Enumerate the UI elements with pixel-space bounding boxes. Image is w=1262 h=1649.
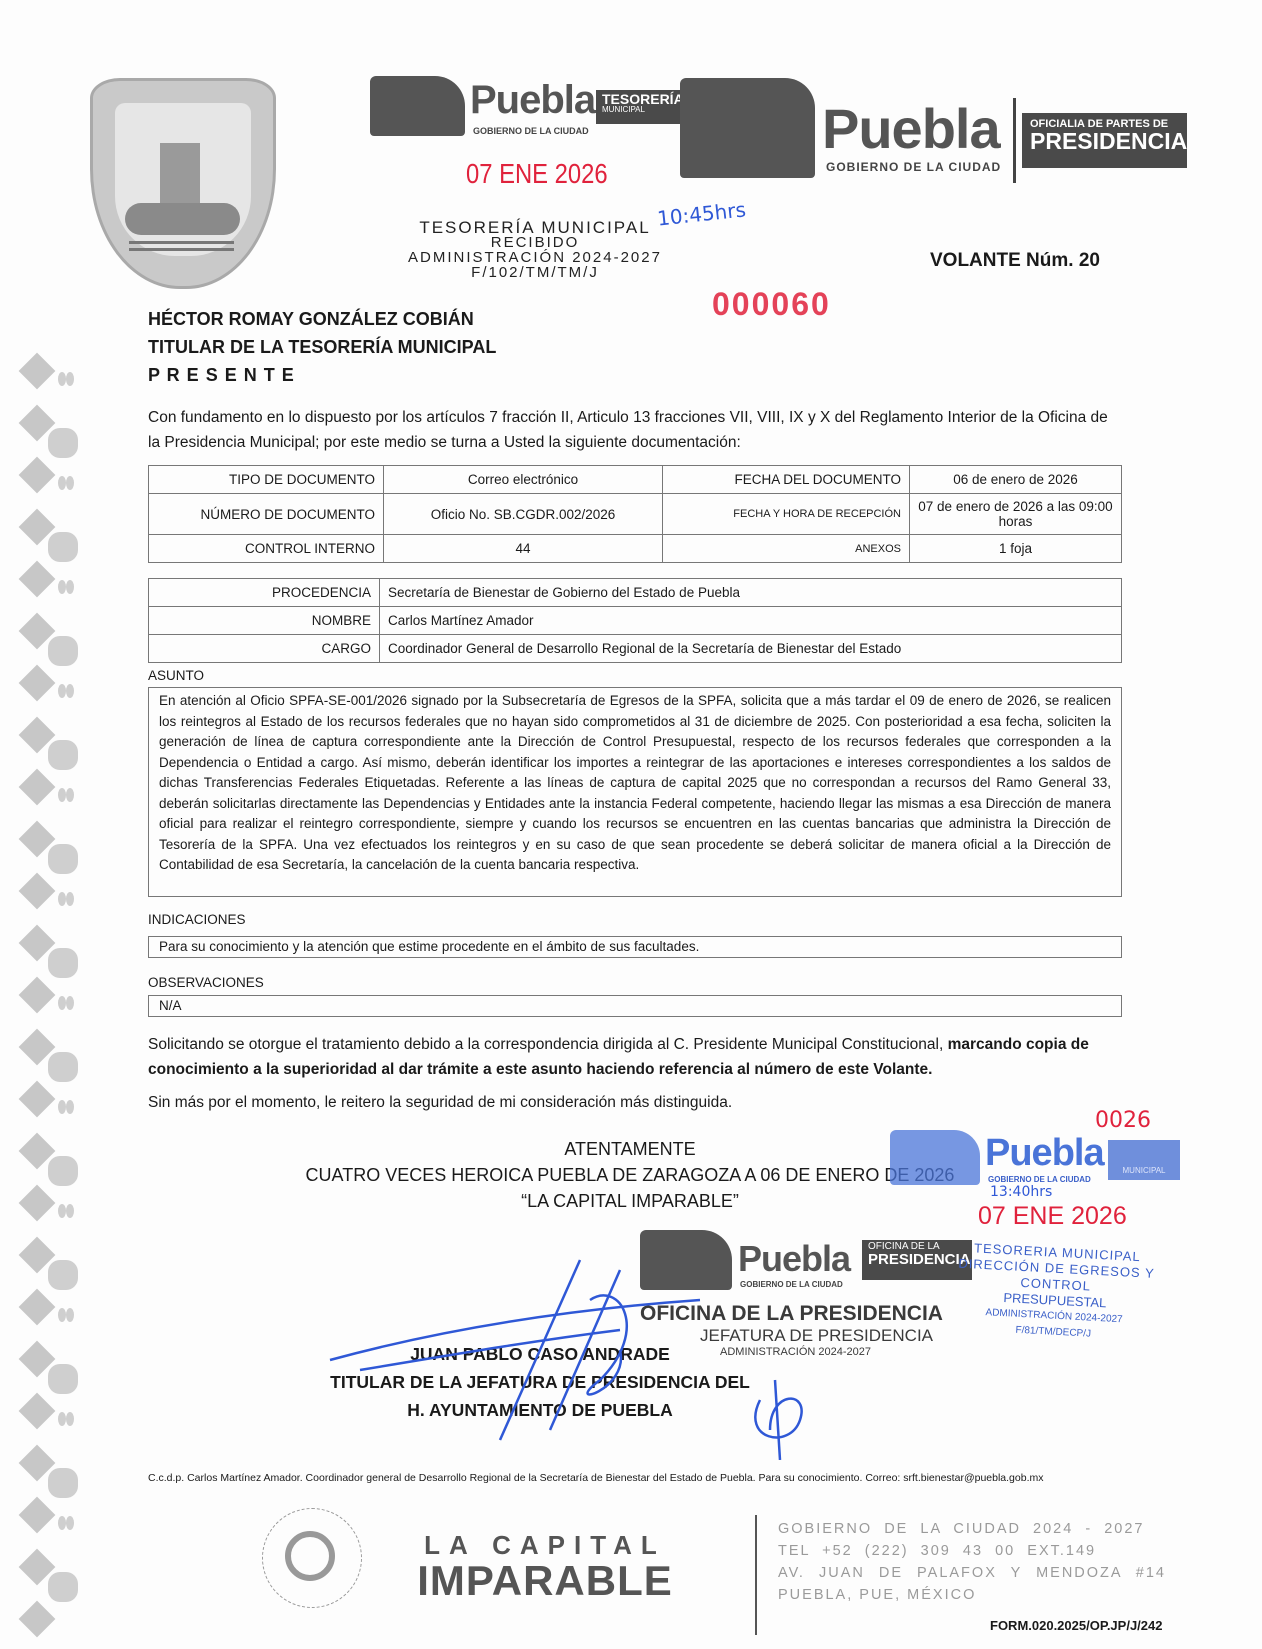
water-icon xyxy=(129,241,234,251)
puebla-emblem-icon xyxy=(680,78,815,178)
addressee-block: HÉCTOR ROMAY GONZÁLEZ COBIÁN TITULAR DE … xyxy=(148,305,496,389)
capital-imparable-logo: LA CAPITAL IMPARABLE xyxy=(410,1530,680,1601)
volante-number: VOLANTE Núm. 20 xyxy=(930,250,1100,272)
closing-regards: Sin más por el momento, le reitero la se… xyxy=(148,1090,732,1115)
document-info-table: TIPO DE DOCUMENTO Correo electrónico FEC… xyxy=(148,465,1122,563)
seal-icon xyxy=(285,1531,335,1581)
indicaciones-label: INDICACIONES xyxy=(148,912,246,927)
handwritten-time-2: 13:40hrs xyxy=(990,1184,1052,1200)
city-coat-of-arms: ANGELIS SVIS DEVS MANDAVIT DE TE VT CVST… xyxy=(90,78,276,289)
closing-paragraph: Solicitando se otorgue el tratamiento de… xyxy=(148,1032,1128,1082)
origin-info-table: PROCEDENCIA Secretaría de Bienestar de G… xyxy=(148,578,1122,663)
footer-divider xyxy=(755,1515,757,1635)
handwritten-time: 10:45hrs xyxy=(656,197,747,230)
ccp-note: C.c.d.p. Carlos Martínez Amador. Coordin… xyxy=(148,1470,1108,1486)
asunto-label: ASUNTO xyxy=(148,668,204,683)
presidencia-tag: OFICIALIA DE PARTES DE PRESIDENCIA xyxy=(1022,113,1187,168)
table-row: NÚMERO DE DOCUMENTO Oficio No. SB.CGDR.0… xyxy=(149,494,1122,535)
folio-stamp: 000060 xyxy=(712,286,831,323)
blue-reception-stamp: Puebla GOBIERNO DE LA CIUDAD MUNICIPAL 0… xyxy=(890,1120,1230,1340)
table-row: PROCEDENCIA Secretaría de Bienestar de G… xyxy=(149,579,1122,607)
asunto-box: En atención al Oficio SPFA-SE-001/2026 s… xyxy=(148,687,1122,897)
table-row: NOMBRE Carlos Martínez Amador xyxy=(149,607,1122,635)
addressee-title: TITULAR DE LA TESORERÍA MUNICIPAL xyxy=(148,333,496,361)
received-stamp: TESORERÍA MUNICIPAL RECIBIDO ADMINISTRAC… xyxy=(395,220,675,280)
presente: P R E S E N T E xyxy=(148,361,496,389)
tesoreria-tag: TESORERÍA MUNICIPAL xyxy=(596,90,686,124)
addressee-name: HÉCTOR ROMAY GONZÁLEZ COBIÁN xyxy=(148,305,496,333)
handwritten-number: 0026 xyxy=(1095,1108,1151,1133)
table-row: CARGO Coordinador General de Desarrollo … xyxy=(149,635,1122,663)
equality-seal: Norma Mexicana en Igualdad Laboral y No … xyxy=(262,1508,362,1608)
form-code: FORM.020.2025/OP.JP/J/242 xyxy=(990,1618,1162,1633)
footer-address: GOBIERNO DE LA CIUDAD 2024 - 2027 TEL +5… xyxy=(778,1518,1178,1606)
observaciones-box: N/A xyxy=(148,995,1122,1017)
puebla-emblem-icon xyxy=(370,76,465,136)
signature-scribble xyxy=(320,1240,880,1460)
divider xyxy=(1013,98,1016,183)
castle-icon xyxy=(160,143,200,203)
date-stamp-2: 07 ENE 2026 xyxy=(978,1202,1127,1231)
indicaciones-box: Para su conocimiento y la atención que e… xyxy=(148,936,1122,958)
logo-oficialia-presidencia: Puebla GOBIERNO DE LA CIUDAD OFICIALIA D… xyxy=(680,78,1200,188)
cloud-icon xyxy=(125,203,240,235)
table-row: TIPO DE DOCUMENTO Correo electrónico FEC… xyxy=(149,466,1122,494)
observaciones-label: OBSERVACIONES xyxy=(148,975,264,990)
intro-paragraph: Con fundamento en lo dispuesto por los a… xyxy=(148,405,1123,455)
decorative-border xyxy=(18,350,80,1640)
logo-tesoreria: Puebla GOBIERNO DE LA CIUDAD TESORERÍA M… xyxy=(370,68,710,148)
table-row: CONTROL INTERNO 44 ANEXOS 1 foja xyxy=(149,535,1122,563)
date-stamp: 07 ENE 2026 xyxy=(466,158,608,190)
puebla-emblem-icon xyxy=(890,1130,980,1185)
